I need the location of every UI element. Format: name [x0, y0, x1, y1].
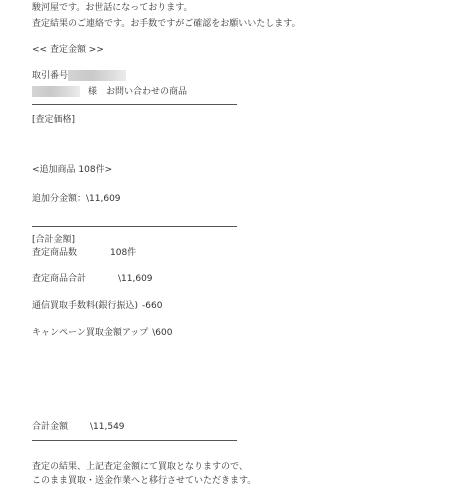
summary-label: 査定商品数: [32, 247, 110, 259]
summary-row-item-count: 査定商品数108件: [32, 247, 136, 259]
redacted-customer-name: [32, 86, 80, 97]
customer-row: 様 お問い合わせの商品: [32, 86, 187, 98]
closing-line-1: 査定の結果、上記査定金額にて買取となりますので、: [32, 461, 248, 473]
summary-label: 通信買取手数料(銀行振込): [32, 301, 138, 311]
summary-label: 査定商品合計: [32, 273, 118, 285]
summary-value: -660: [142, 301, 162, 311]
summary-value: \600: [152, 328, 172, 338]
divider: [32, 440, 237, 441]
summary-label: キャンペーン買取金額アップ: [32, 328, 148, 338]
additional-amount: 追加分金額：\11,609: [32, 193, 121, 205]
grand-total-value: \11,549: [90, 422, 125, 432]
grand-total-label: 合計金額: [32, 421, 90, 433]
price-section-label: [査定価格]: [32, 114, 75, 126]
closing-line-2: このまま買取・送金作業へと移行させていただきます。: [32, 475, 256, 487]
summary-value: \11,609: [118, 274, 153, 284]
greeting-line-1: 駿河屋です。お世話になっております。: [32, 2, 193, 14]
grand-total-row: 合計金額\11,549: [32, 421, 125, 433]
summary-value: 108件: [110, 248, 136, 258]
divider: [32, 226, 237, 227]
transaction-number-label: 取引番号: [32, 71, 68, 81]
greeting-line-2: 査定結果のご連絡です。お手数ですがご確認をお願いいたします。: [32, 18, 301, 30]
summary-row-campaign: キャンペーン買取金額アップ\600: [32, 327, 172, 339]
transaction-number-row: 取引番号: [32, 70, 126, 82]
divider: [32, 104, 237, 105]
summary-row-item-total: 査定商品合計\11,609: [32, 273, 153, 285]
redacted-transaction-number: [68, 70, 126, 81]
customer-suffix: 様 お問い合わせの商品: [88, 87, 187, 97]
summary-row-fee: 通信買取手数料(銀行振込)-660: [32, 300, 162, 312]
total-section-label: [合計金額]: [32, 234, 75, 246]
additional-items-label: <追加商品 108件>: [32, 164, 112, 176]
section-header-appraisal: << 査定金額 >>: [32, 44, 104, 56]
